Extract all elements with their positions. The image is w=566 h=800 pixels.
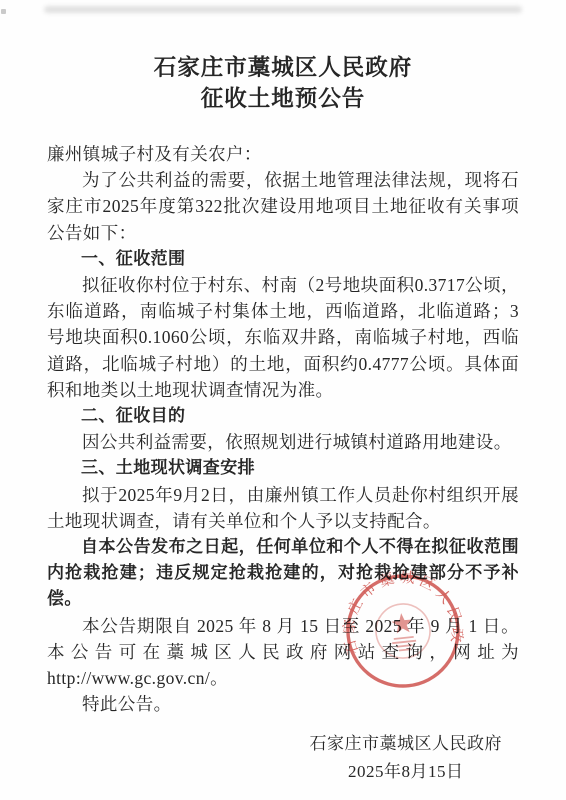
intro-paragraph: 为了公共利益的需要，依据土地管理法律法规，现将石家庄市2025年度第322批次建… (47, 167, 519, 246)
section-heading-3: 三、土地现状调查安排 (47, 455, 519, 481)
section-1-paragraph: 拟征收你村位于村东、村南（2号地块面积0.3717公顷，东临道路，南临城子村集体… (47, 272, 519, 403)
seal-arc-text-holder: 石家庄市藁城区人民政府 (315, 543, 467, 659)
section-2-paragraph: 因公共利益需要，依照规划进行城镇村道路用地建设。 (47, 429, 519, 455)
section-heading-2: 二、征收目的 (47, 403, 519, 429)
section-heading-1: 一、征收范围 (47, 246, 519, 272)
official-seal: 石家庄市藁城区人民政府 (315, 543, 491, 719)
title-line-authority: 石家庄市藁城区人民政府 (0, 52, 566, 83)
signature-authority: 石家庄市藁城区人民政府 (310, 730, 503, 758)
document-title: 石家庄市藁城区人民政府 征收土地预公告 (0, 52, 566, 114)
salutation: 廉州镇城子村及有关农户： (47, 141, 519, 167)
signature-date: 2025年8月15日 (310, 758, 503, 786)
scan-artifact (44, 6, 522, 13)
signature-block: 石家庄市藁城区人民政府 2025年8月15日 (310, 730, 503, 786)
national-emblem-icon (373, 601, 432, 660)
seal-arc-text: 石家庄市藁城区人民政府 (315, 543, 467, 659)
title-line-subject: 征收土地预公告 (0, 83, 566, 114)
announcement-page: 石家庄市藁城区人民政府 征收土地预公告 廉州镇城子村及有关农户： 为了公共利益的… (0, 0, 566, 800)
section-3-paragraph: 拟于2025年9月2日，由廉州镇工作人员赴你村组织开展土地现状调查，请有关单位和… (47, 482, 519, 534)
scan-artifact-dot (1, 9, 6, 14)
